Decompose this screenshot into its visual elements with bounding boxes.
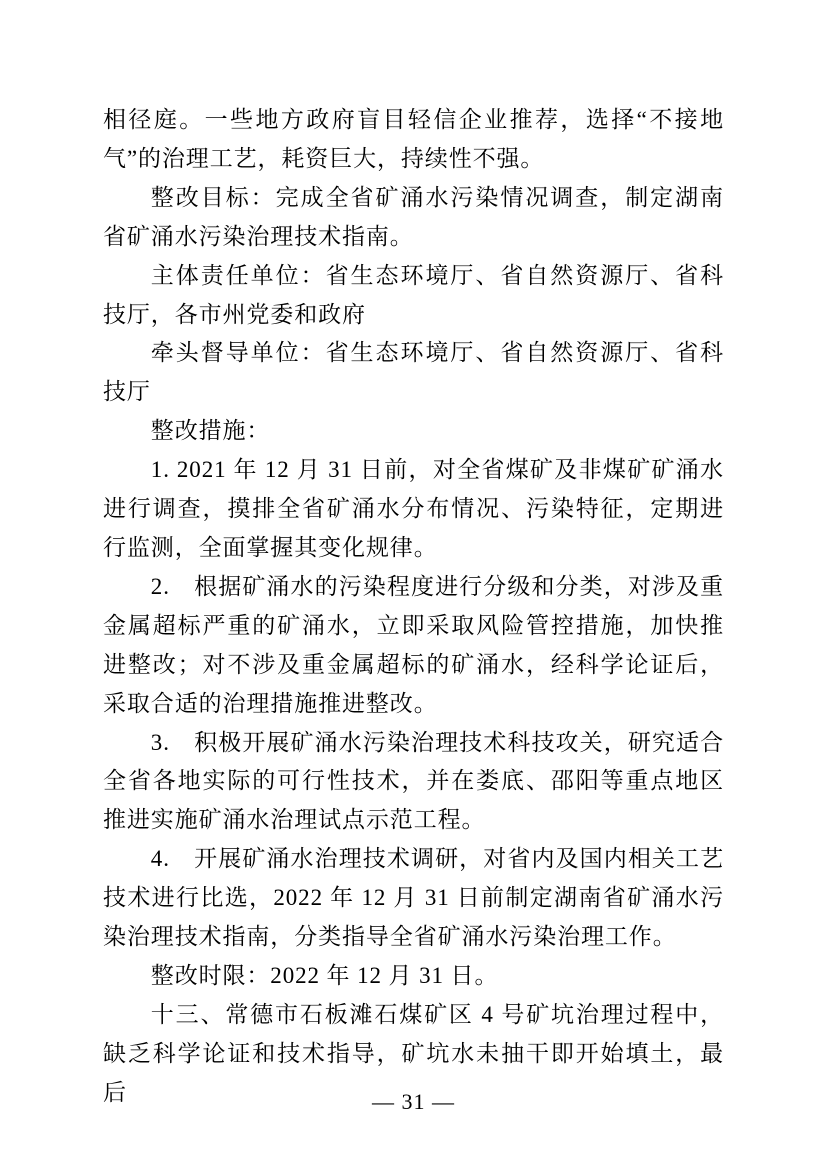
page-footer: — 31 — bbox=[0, 1089, 827, 1115]
paragraph-measure-4: 4. 开展矿涌水治理技术调研，对省内及国内相关工艺技术进行比选，2022 年 1… bbox=[103, 840, 724, 957]
paragraph-measure-2: 2. 根据矿涌水的污染程度进行分级和分类，对涉及重金属超标严重的矿涌水，立即采取… bbox=[103, 568, 724, 724]
paragraph-measure-3: 3. 积极开展矿涌水污染治理技术科技攻关，研究适合全省各地实际的可行性技术，并在… bbox=[103, 724, 724, 841]
page-number: — 31 — bbox=[372, 1089, 455, 1114]
paragraph-rectification-goal: 整改目标：完成全省矿涌水污染情况调查，制定湖南省矿涌水污染治理技术指南。 bbox=[103, 179, 724, 257]
paragraph-deadline: 整改时限：2022 年 12 月 31 日。 bbox=[103, 957, 724, 996]
paragraph-supervising-unit: 牵头督导单位：省生态环境厅、省自然资源厅、省科技厅 bbox=[103, 334, 724, 412]
document-page: 相径庭。一些地方政府盲目轻信企业推荐，选择“不接地气”的治理工艺，耗资巨大，持续… bbox=[0, 0, 827, 1169]
paragraph-continuation: 相径庭。一些地方政府盲目轻信企业推荐，选择“不接地气”的治理工艺，耗资巨大，持续… bbox=[103, 101, 724, 179]
page-body: 相径庭。一些地方政府盲目轻信企业推荐，选择“不接地气”的治理工艺，耗资巨大，持续… bbox=[103, 101, 724, 1113]
paragraph-responsible-unit: 主体责任单位：省生态环境厅、省自然资源厅、省科技厅，各市州党委和政府 bbox=[103, 257, 724, 335]
paragraph-measure-1: 1. 2021 年 12 月 31 日前，对全省煤矿及非煤矿矿涌水进行调查，摸排… bbox=[103, 451, 724, 568]
paragraph-measures-heading: 整改措施： bbox=[103, 412, 724, 451]
